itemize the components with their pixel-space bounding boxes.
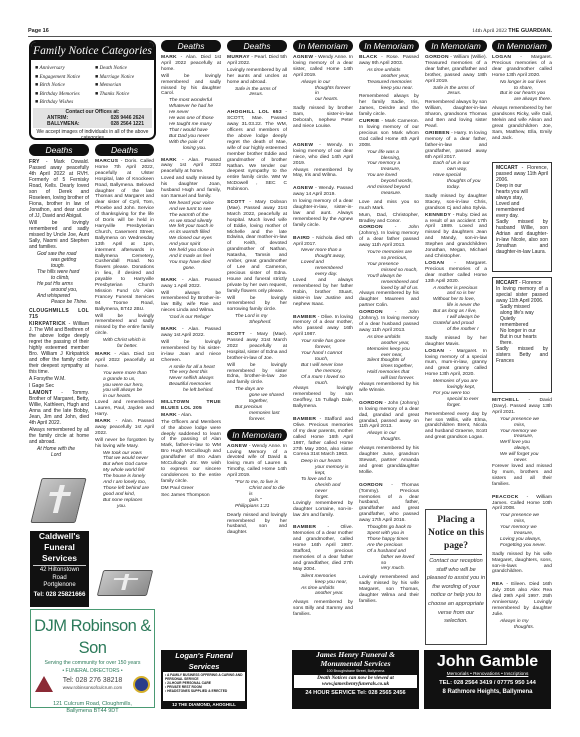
notice-name: BAMBER [293,525,316,530]
ad-title: Logan's Funeral Services [161,650,247,672]
notice-name: MARCUS [95,159,118,164]
notice-verse: God saw the roadwas getting tough.The hi… [29,251,89,305]
notice-verse: Always in mythoughts. [492,619,552,631]
notice-name: MARK [161,158,177,163]
placing-body: Contact our reception staff who will be … [426,557,486,626]
verse-line: Those left behind are [103,486,154,492]
notice-verse: Deep in our heartsyour memory iskept,To … [293,459,353,500]
caldwell-funeral-ad: Caldwell's Funeral Services 42 Hiltonsto… [30,531,89,607]
ad-slogan: Serving the community for over 150 years [31,659,154,667]
verse-line: very much. [367,566,419,572]
notice-verse: Sadly missedalong life's wayQuietlyremem… [496,304,548,346]
notice-mark: MARK - Alan. Died 1st April 2022 peacefu… [161,55,221,73]
verse-line: Peace be Thine. [37,299,89,305]
notice-mark: MARK - Alan. Passed away 1st April 2022. [161,327,221,339]
ad-title: Monumental Services [292,660,419,669]
notice-verse: Deep in ourhearts you willalways stay,Lo… [496,183,548,219]
notice-marcus: MARCUS - Doris. Called Home 7th April 20… [95,159,154,313]
notice-name: MARK [161,55,177,60]
section-heading-in-memoriam: In Memoriam [293,40,353,52]
notice-verse: "For to me, to live isChrist and to die … [227,480,287,510]
notice-logan: LOGAN - Margaret. Precious memories of a… [492,55,552,79]
notice-name: KENNEDY [425,213,451,218]
verse-line: Treasured memories [367,80,419,86]
ad-service-line: • HEADSTONES SUPPLIED & ERECTED [165,689,243,693]
deaths-column-2b: Deaths MARCUS - Doris. Called Home 7th A… [95,144,154,510]
mccart-sister-notice-box: MCCART - Florence In loving memory of a … [492,277,552,393]
verse-line: measure. [367,191,419,197]
notice-gordon: GORDON - William (Willie). Treasured mem… [425,55,487,85]
notice-text: In loving memory of a dear daughter-in-l… [293,199,353,229]
section-heading-in-memoriam: In Memoriam [425,40,487,52]
memoriam-column-6: In Memoriam BLACK - Rose. Passed away 9t… [359,40,419,606]
notice-gordon: GORDON - Thomas (Tommy). Precious memori… [359,483,419,524]
verse-line: thoughts forever in [301,86,353,98]
ad-title: DJM Robinson & Son [31,615,154,659]
notice-name: REA [492,582,503,587]
notice-verse: Your presence wemiss,Your memory wetreas… [492,417,552,464]
ad-phone: TEL: 028 2587 1443 [161,708,247,714]
category-item: Anniversary [35,64,95,73]
section-heading-deaths: Deaths [29,144,89,156]
notice-name: BAIRD [293,236,310,241]
verse-line: was getting tough. [37,257,89,269]
notice-text: - Alan. [177,413,192,418]
notice-text: Always remembered by May, Iris and Wilma… [293,168,353,180]
notice-fry: FRY - Mark Oswald. Passed away peacefull… [29,159,89,219]
verse-line: thoughts. [367,437,419,443]
masthead: 14th April 2022 THE GUARDIAN. [472,28,552,34]
issue-date: 14th April 2022 [472,28,507,34]
verse-line: forget. [433,403,487,409]
memoriam-column-8b: MITCHELL - David (Davy). Passed away 13t… [492,398,552,631]
ad-services-list: • A FAMILY BUSINESS OFFERING A CARING AN… [163,672,245,701]
notice-gordon: GORDON - John (Johnny). In loving memory… [359,225,419,249]
notice-verse: We heard your voiceAnd we turnt to seeTh… [161,201,221,272]
notice-text: Remembered always by her family Sadie, I… [359,94,419,118]
verse-line: No longer in our lives [500,80,552,86]
ad-phone: Tel: 028 25821666 [30,590,89,599]
section-heading-in-memoriam: In Memoriam [227,429,287,441]
notice-text: Lovingly remembered by daughter Lorraine… [293,501,353,519]
section-heading-in-memoriam: In Memoriam [492,40,552,52]
deaths-column-1: Deaths FRY - Mark Oswald. Passed away pe… [29,144,89,458]
lodge-name: AHOGHILL LOL 653 [227,110,282,115]
verse-line: far better. [103,344,154,350]
notice-name: BLACK [359,55,378,60]
notice-text: - Olive. Memories of a dear mother and g… [293,525,353,571]
ad-notice-box: Death Notices can now be viewed at www.j… [294,675,417,688]
notice-text: Always remembered by his daughter Mauree… [359,291,419,309]
notice-rea: REA - Eileen. Died 16th July 2016 also A… [492,582,552,617]
notice-text: Always remembered by his wife Winnie. [359,382,419,394]
notice-text: Love and miss you so much Mark. [359,200,419,212]
office-name: BALLYMENA: [47,121,80,127]
header-rule [28,36,552,37]
deaths-column-2 [95,40,154,143]
notice-verse: As time unfoldsanother year,Treasured me… [359,68,419,92]
notice-name: AGNEW [227,444,247,449]
verse-line: cherish and never [301,483,353,495]
mccart-notice-box: MCCART - Florence, passed away 11th Apri… [492,162,552,272]
notice-verse: You were more thana grande to us,you wer… [95,371,154,401]
notice-verse: With Christ which isfar better. [95,338,154,350]
notice-text: - William J. The WM and Brethren of the … [29,321,89,375]
notice-kennedy: KENNEDY - Ruby. Died as a result of an a… [425,213,487,260]
notice-name: MITCHELL [492,398,519,403]
category-item: Birthday Memories [35,90,95,99]
notice-verse: At Home with theLord [29,446,89,458]
notice-text: Will never be forgotten by his loving wi… [95,438,154,450]
notice-mark: MARK - Alan. Passed away 1 April 2022. [161,278,221,290]
notice-lamont: LAMONT - Tommy. Brother of Margaret, Bet… [29,390,89,426]
verse-line: you. [103,504,154,510]
notice-agnew: AGNEW - Wendy Anne. In Loving Memory of … [227,444,287,479]
ad-address: 42 Hiltonstown [30,567,89,575]
notice-name: MARK [95,419,111,424]
notice-agnew: AGNEW - Wendy. In loving memory of our d… [293,143,353,167]
notice-text: Sadly missed by her daughter Mavis. [425,336,487,348]
ad-address: 121 Culcrum Road, Cloughmills, [31,701,154,708]
notice-text: - Thomas (Tommy). Precious memories of a… [359,483,419,523]
ad-address: Ballymena BT44 9DT [31,708,154,715]
verse-line: Philippians 1:21 [235,504,287,510]
notice-verse: You're memories areso precious,Your pres… [359,250,419,291]
verse-line: father we loved so [367,555,419,567]
deaths-column-3: Deaths MARK - Alan. Died 1st April 2022 … [161,40,221,500]
notice-text: Will always be remembered by Brother-in-… [161,291,221,315]
notice-text: Remembered every day by her son Willis, … [425,412,487,442]
signature: Sec James Thompson [161,493,221,499]
notice-scott: SCOTT - Mary (Mae). Passed away 31st Mar… [227,332,287,362]
paper-name: THE GUARDIAN. [508,28,552,34]
notice-verse: Safe in the arms ofJesus. [425,86,487,98]
notice-agnew: AGNEW - Wendy. Passed away 14 April 2019… [293,186,353,198]
notice-text: Forever loved and missed by mum, brother… [492,464,552,488]
notice-text: Loved and sadly missed by his daughter J… [161,176,221,200]
notice-verse: As time unfoldsanother year,Memories kee… [359,335,419,382]
notice-text: - Mary Dobson (Mae). Passed away 31st Ma… [227,200,287,294]
notice-verse: The Lord is myShepherd. [227,314,287,326]
notice-name: PEACOCK [492,495,519,500]
notice-verse: Always in ourthoughts. [359,431,419,443]
notice-text: Always remembered by all the family circ… [29,427,89,445]
notice-verse: Memories of you arelovingly kept,For you… [425,379,487,409]
notice-gordon: GORDON - John (Johnny). In loving memory… [359,310,419,334]
ad-phone: TEL: 028 2564 3419 / 07775 950 144 [424,679,551,688]
verse-line: You were more than [103,371,154,377]
notice-text: Loved and always remembered by her fathe… [293,278,353,308]
notice-text: Will be lovingly remembered and sadly mi… [95,314,154,338]
notice-bamber: BAMBER - Stafford and Olive. Precious me… [293,417,353,458]
ad-address: Road [30,575,89,583]
notice-verse: Your smile has goneforever,Your hand I c… [293,339,353,386]
notice-verse: A smile for all a heartThe very best thi… [161,365,221,395]
notice-text: Always remembered by her grandsons Ricky… [492,106,552,141]
section-heading-deaths: Deaths [161,40,221,52]
notice-text: - Doris. Called Home 7th April 2022, pea… [95,159,154,312]
john-gamble-ad: John Gamble Memorials • Renovations • In… [424,650,551,709]
notice-name: SCOTT [227,332,245,337]
notice-verse: We took our vowsThat we would neverBut w… [95,451,154,510]
notice-name: AGNEW [293,55,313,60]
notice-gordon: GORDON - John (Johnny) In loving memory … [359,401,419,431]
notice-text: Will be lovingly remembered by her sorro… [227,296,287,314]
ad-address: 12 THE DIAMOND, AHOGHILL [161,702,247,708]
notice-text: Dearly missed and lovingly remembered by… [227,513,287,537]
section-heading-in-memoriam: In Memoriam [359,40,419,52]
signature: I Gage Sec [29,383,89,389]
notice-text: Loved and remembered Lauren, Paul, Jayde… [95,400,154,418]
notice-agnew: AGNEW - Wendy Anne. In loving memory of … [293,55,353,79]
notice-verse: The most wonderfulWhatever he had heHe n… [161,98,221,151]
notice-verse: No longer in our livesto share,But in ou… [492,80,552,104]
ad-services: Memorials • Renovations • Inscriptions [424,671,551,679]
notice-text: Sadly missed by brother Sam, sister-in-l… [293,106,353,130]
masonic-emblem-icon [35,676,53,692]
notice-murray: MURRAY - Pearl. Died 5th April 2022. [227,55,287,67]
ad-phone: 24 HOUR SERVICE Tel: 028 2565 2456 [292,688,419,698]
notice-text: Sadly missed by his wife Margaret, daugh… [492,552,552,576]
notice-text: Sadly missed by sisters Betty and France… [496,346,548,364]
james-henry-funeral-ad: James Henry Funeral & Monumental Service… [292,650,419,709]
notice-name: GORDON [359,225,383,230]
notice-verse: Each of us in ourown way,Have specialtho… [425,161,487,191]
verse-line: thoughts. [500,625,552,631]
notice-text: Always lovingly remembered by son Geoffr… [293,386,353,410]
notice-text: - Wendy Anne. In Loving Memory of a devo… [227,444,287,479]
notice-mark: MARK - Alan. Passed away peacefully 1st … [95,419,154,437]
notice-name: LOGAN [492,55,511,60]
notice-baird: BAIRD - Nichola died 6th April 2017. [293,236,353,248]
notice-text: Will be lovingly remembered and sadly mi… [161,74,221,98]
notice-peacock: PEACOCK - William James. Called Home 10t… [492,495,552,513]
notice-name: SCOTT [227,200,245,205]
notice-gribben: GRIBBEN - Harry. In loving memory of a d… [425,131,487,161]
notice-text: - Mark Oswald. Passed away peacefully 4t… [29,159,89,219]
notice-verse: Your life was ablessing,Your memory atre… [359,150,419,197]
notice-name: CURRIE [359,119,380,124]
notice-name: MARK [95,352,111,357]
notice-verse: Never more than athought away,Loved andr… [293,248,353,278]
order-badge-icon [133,676,150,693]
notice-mitchell: MITCHELL - David (Davy). Passed away 13t… [492,398,552,416]
bible-icon [97,570,153,596]
placing-title: Placing a Notice on this page? [426,513,486,552]
notice-mark: MARK - Alan. Passed away 1st April 2022 … [161,158,221,176]
lodge-name: MILLTOWN TRUE BLUES LOL 205 [161,400,221,411]
ad-service: • FUNERAL DIRECTORS • [31,667,154,675]
verse-line: Christ and to die is [235,486,287,498]
notice-text: Always remembered by his daughter June, … [359,446,419,476]
notice-ahoghill-lodge: AHOGHILL LOL 653 - SCOTT, Mae. Passed aw… [227,110,287,193]
notice-bamber: BAMBER - Olive. Memories of a dear mothe… [293,525,353,572]
signature: A Forsythe W.M. [29,376,89,382]
notice-name: MURRAY [227,55,250,60]
notice-mark: MARK - Alan. [161,413,221,419]
divider [33,565,86,566]
verse-line: are always there. [500,97,552,103]
notice-name: BAMBER [293,417,316,422]
ad-address: Portglenone [30,582,89,590]
placing-notice-box: Placing a Notice on this page? Contact o… [425,509,487,645]
notice-text: Remembered always by son William, daught… [425,100,487,130]
section-heading-deaths: Deaths [227,40,287,52]
notice-name: MARK [161,413,177,418]
category-item: Birthday Wishes [35,98,95,107]
signature: DM Paul Greer [161,486,221,492]
memoriam-column-8: In Memoriam LOGAN - Margaret. Precious m… [492,40,552,143]
notice-text: The Officers and Members of the above lo… [161,420,221,485]
notice-text: Will be lovingly remembered by sister Ed… [227,363,287,387]
verse-line: another year. [301,591,353,597]
notice-text: Lovingly remembered and sadly missed by … [359,575,419,605]
notice-text: - SCOTT, Mae. Passed away 31.03.22. The … [227,110,287,192]
divider [430,554,482,555]
notice-text: - Tommy. Brother of Margaret, Betty, Wil… [29,390,89,426]
djm-robinson-ad: DJM Robinson & Son Serving the community… [30,609,155,708]
category-item: Birth Notice [35,81,95,90]
logans-funeral-ad: Logan's Funeral Services • A FAMILY BUSI… [161,650,247,709]
verse-line: Forgetting you never. [500,543,552,549]
notice-text: In loving memory of a special sister pas… [496,286,548,304]
notice-verse: A mother is preciousand so is herWithout… [425,286,487,333]
notice-logan: LOGAN - Margaret. In loving memory of a … [425,349,487,379]
verse-line: Jesus. [433,91,487,97]
verse-line: Lord [37,452,89,458]
notice-text: - Stafford and Olive. Precious memories … [293,417,353,457]
notice-text: Lovingly remembered by all her aunts and… [227,68,287,86]
notice-text: Will be lovingly remembered by his siste… [161,340,221,364]
notice-name: MARK [161,327,177,332]
notice-verse: Thoughts go back toSpent with you inThos… [359,525,419,572]
notice-text: Always remembered by sons Billy and Samm… [293,600,353,618]
notice-verse: Safe in the arms ofJesus. [227,87,287,99]
notice-name: GORDON [359,310,383,315]
notice-name: LOGAN [425,261,444,266]
notice-name: BAMBER [293,315,316,320]
notice-text: - Eileen. Died 16th July 2016 also Alex … [492,582,552,617]
notice-verse: Your presence wemiss,Your memory wetreas… [492,513,552,548]
notice-black: BLACK - Rose. Passed away 9th April 2003… [359,55,419,67]
notice-verse: Always in ourthoughts forever inour hear… [293,80,353,104]
notice-mark: MARK - Alan. Died 1st April 2022 peacefu… [95,352,154,370]
deaths-column-4: Deaths MURRAY - Pearl. Died 5th April 20… [227,40,287,537]
notice-verse: Silent memorieskeep you near,As time unf… [293,574,353,598]
ad-service-line: • A FAMILY BUSINESS OFFERING A CARING AN… [165,673,243,681]
notice-verse: The days aregone we sharedtogether,But p… [227,387,287,422]
ad-title: John Gamble [424,652,551,671]
notice-currie: CURRIE - Mark Cameron. In loving memory … [359,119,419,149]
bible-icon [30,478,86,523]
category-item: Engagement Notice [35,73,95,82]
notice-text: Mum, Dad, Christopher, Bradley and Conor… [359,213,419,225]
notice-kirkpatrick: KIRKPATRICK - William J. The WM and Bret… [29,321,89,375]
lodge-name: CLOUGHMILLS LOL 715 [29,308,89,320]
notice-text: Sadly missed by daughter Stacey, son-in-… [425,194,487,212]
notice-name: GORDON [359,401,383,406]
notice-text: - Ruby. Died as a result of an accident … [425,213,487,259]
ad-address: 100 Broughshane Street, Ballymena [292,668,419,675]
notice-name: AGNEW [293,186,313,191]
notice-scott: SCOTT - Mary Dobson (Mae). Passed away 3… [227,200,287,295]
verse-line: today. [433,185,487,191]
notice-name: GORDON [425,55,449,60]
memoriam-column-7: In Memoriam GORDON - William (Willie). T… [425,40,487,442]
notice-name: GRIBBEN [425,131,450,136]
verse-line: We heard your voice [169,201,221,207]
notice-text: Sadly missed by husband Willie, son Adri… [496,219,548,255]
memoriam-column-5: In Memoriam AGNEW - Wendy Anne. In lovin… [293,40,353,619]
notice-text: Will be lovingly remembered and sadly mi… [29,220,89,250]
ad-title: Caldwell's Funeral Services [30,531,89,564]
section-heading-deaths: Deaths [95,144,154,156]
notice-bamber: BAMBER - Olive. In loving memory of a de… [293,315,353,339]
notice-name: AGNEW [293,143,313,148]
notice-logan: LOGAN - Margaret. Precious memories of a… [425,261,487,285]
verse-line: of the mother I [433,327,487,333]
ad-address: 8 Rathmore Heights, Ballymena [424,688,551,697]
notice-name: LOGAN [425,349,444,354]
verse-line: keep you near. [367,86,419,92]
page-number: Page 16 [28,28,49,34]
verse-line: our hearts. [301,97,353,103]
notice-name: MARK [161,278,177,283]
notice-name: GORDON [359,483,383,488]
